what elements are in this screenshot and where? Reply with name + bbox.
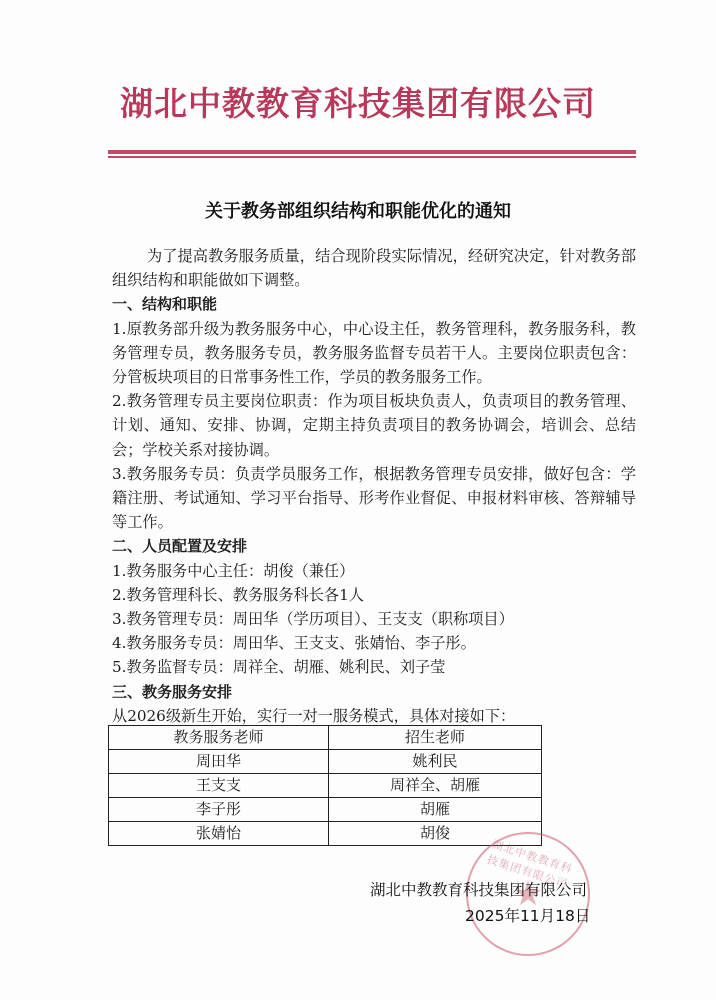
signature-block: 湖北中教教育科技集团有限公司 2025年11月18日 — [370, 877, 640, 929]
admissions-teacher-cell: 周祥全、胡雁 — [329, 774, 542, 798]
structure-item-3: 3.教务服务专员：负责学员服务工作，根据教务管理专员安排，做好包含：学籍注册、考… — [112, 462, 636, 535]
header-service-teacher: 教务服务老师 — [109, 726, 329, 750]
letterhead-org-name: 湖北中教教育科技集团有限公司 — [0, 83, 716, 125]
letterhead-rule-thin — [108, 156, 636, 158]
table-row: 李子彤 胡雁 — [109, 798, 542, 822]
admissions-teacher-cell: 胡雁 — [329, 798, 542, 822]
structure-item-1: 1.原教务部升级为教务服务中心，中心设主任，教务管理科，教务服务科，教务管理专员… — [112, 317, 636, 390]
assignment-table: 教务服务老师 招生老师 周田华 姚利民 王支支 周祥全、胡雁 李子彤 胡雁 张婧… — [108, 725, 542, 846]
staffing-item-5: 5.教务监督专员：周祥全、胡雁、姚利民、刘子莹 — [112, 655, 636, 679]
admissions-teacher-cell: 姚利民 — [329, 750, 542, 774]
signature-date: 2025年11月18日 — [370, 903, 640, 929]
table-row: 张婧怡 胡俊 — [109, 822, 542, 846]
signature-org: 湖北中教教育科技集团有限公司 — [370, 877, 640, 903]
header-admissions-teacher: 招生老师 — [329, 726, 542, 750]
table-header-row: 教务服务老师 招生老师 — [109, 726, 542, 750]
service-teacher-cell: 周田华 — [109, 750, 329, 774]
structure-item-2: 2.教务管理专员主要岗位职责：作为项目板块负责人，负责项目的教务管理、计划、通知… — [112, 389, 636, 462]
staffing-item-3: 3.教务管理专员：周田华（学历项目）、王支支（职称项目） — [112, 607, 636, 631]
staffing-item-2: 2.教务管理科长、教务服务科长各1人 — [112, 583, 636, 607]
admissions-teacher-cell: 胡俊 — [329, 822, 542, 846]
document-title: 关于教务部组织结构和职能优化的通知 — [0, 199, 716, 225]
section-heading-service: 三、教务服务安排 — [112, 680, 636, 704]
document-body: 为了提高教务服务质量，结合现阶段实际情况，经研究决定，针对教务部组织结构和职能做… — [112, 244, 636, 728]
section-heading-staffing: 二、人员配置及安排 — [112, 534, 636, 558]
staffing-item-1: 1.教务服务中心主任：胡俊（兼任） — [112, 559, 636, 583]
table-row: 周田华 姚利民 — [109, 750, 542, 774]
intro-paragraph: 为了提高教务服务质量，结合现阶段实际情况，经研究决定，针对教务部组织结构和职能做… — [112, 244, 636, 292]
document-page: 湖北中教教育科技集团有限公司 关于教务部组织结构和职能优化的通知 为了提高教务服… — [0, 0, 716, 1000]
table-row: 王支支 周祥全、胡雁 — [109, 774, 542, 798]
letterhead-rule-thick — [108, 150, 636, 154]
service-teacher-cell: 李子彤 — [109, 798, 329, 822]
service-teacher-cell: 张婧怡 — [109, 822, 329, 846]
section-heading-structure: 一、结构和职能 — [112, 292, 636, 316]
staffing-item-4: 4.教务服务专员：周田华、王支支、张婧怡、李子彤。 — [112, 631, 636, 655]
service-teacher-cell: 王支支 — [109, 774, 329, 798]
